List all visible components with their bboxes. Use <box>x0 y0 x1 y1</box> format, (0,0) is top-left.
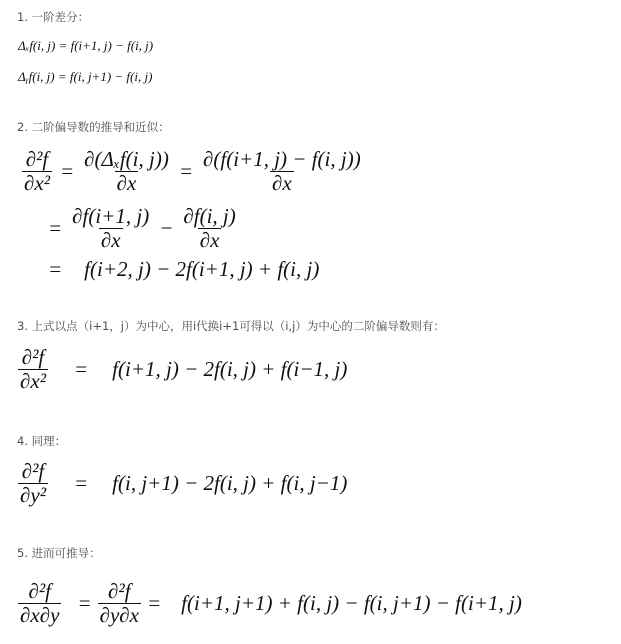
numerator: ∂²f <box>20 460 47 483</box>
first-difference-y-formula: Δᵧf(i, j) = f(i, j+1) − f(i, j) <box>18 69 152 85</box>
term-a-fraction: ∂f(i+1, j) ∂x <box>70 205 151 252</box>
lhs-fraction: ∂²f ∂y² <box>18 460 48 507</box>
mixed-partial-derivative-formula: ∂²f ∂x∂y = ∂²f ∂y∂x = f(i+1, j+1) + f(i,… <box>16 580 522 627</box>
section-2-heading: 2. 二阶偏导数的推导和近似： <box>17 119 170 135</box>
equals-sign: = <box>74 471 88 496</box>
section-4-heading: 4. 同理： <box>17 433 66 449</box>
lhs-fraction: ∂²f ∂x² <box>18 346 48 393</box>
denominator: ∂y∂x <box>98 603 141 627</box>
result-expression: f(i+2, j) − 2f(i+1, j) + f(i, j) <box>84 257 319 282</box>
denominator: ∂x² <box>22 171 52 195</box>
section-1-heading: 1. 一阶差分： <box>17 9 89 25</box>
denominator: ∂x <box>99 228 123 252</box>
numerator: ∂(Δₓf(i, j)) <box>82 148 171 171</box>
numerator: ∂²f <box>24 148 51 171</box>
first-difference-x-formula: Δₓf(i, j) = f(i+1, j) − f(i, j) <box>18 38 153 54</box>
numerator: ∂²f <box>106 580 133 603</box>
denominator: ∂y² <box>18 483 48 507</box>
denominator: ∂x <box>270 171 294 195</box>
equals-sign: = <box>60 159 74 184</box>
lhs-fraction: ∂²f ∂x∂y <box>18 580 61 627</box>
second-derivative-derivation-line-2: = ∂f(i+1, j) ∂x − ∂f(i, j) ∂x <box>42 205 240 252</box>
step1-fraction: ∂(Δₓf(i, j)) ∂x <box>82 148 171 195</box>
numerator: ∂f(i+1, j) <box>70 205 151 228</box>
equals-sign: = <box>147 591 161 616</box>
denominator: ∂x² <box>18 369 48 393</box>
equals-sign: = <box>179 159 193 184</box>
numerator: ∂(f(i+1, j) − f(i, j)) <box>201 148 363 171</box>
rhs-expression: f(i+1, j) − 2f(i, j) + f(i−1, j) <box>112 357 347 382</box>
second-derivative-derivation-line-1: ∂²f ∂x² = ∂(Δₓf(i, j)) ∂x = ∂(f(i+1, j) … <box>20 148 365 195</box>
term-b-fraction: ∂f(i, j) ∂x <box>181 205 237 252</box>
numerator: ∂²f <box>26 580 53 603</box>
step2-fraction: ∂(f(i+1, j) − f(i, j)) ∂x <box>201 148 363 195</box>
section-5-heading: 5. 进而可推导： <box>17 545 101 561</box>
equals-sign: = <box>77 591 91 616</box>
numerator: ∂f(i, j) <box>181 205 237 228</box>
rhs-expression: f(i+1, j+1) + f(i, j) − f(i, j+1) − f(i+… <box>181 591 522 616</box>
denominator: ∂x <box>198 228 222 252</box>
mid-fraction: ∂²f ∂y∂x <box>98 580 141 627</box>
section-3-heading: 3. 上式以点（i+1，j）为中心，用i代换i+1可得以（i,j）为中心的二阶偏… <box>17 318 445 334</box>
equals-sign: = <box>48 216 62 241</box>
second-derivative-derivation-line-3: = f(i+2, j) − 2f(i+1, j) + f(i, j) <box>42 257 319 282</box>
equals-sign: = <box>74 357 88 382</box>
minus-sign: − <box>159 216 173 241</box>
denominator: ∂x∂y <box>18 603 61 627</box>
numerator: ∂²f <box>20 346 47 369</box>
equals-sign: = <box>48 257 62 282</box>
second-derivative-y-formula: ∂²f ∂y² = f(i, j+1) − 2f(i, j) + f(i, j−… <box>16 460 347 507</box>
rhs-expression: f(i, j+1) − 2f(i, j) + f(i, j−1) <box>112 471 347 496</box>
lhs-fraction: ∂²f ∂x² <box>22 148 52 195</box>
second-derivative-x-formula: ∂²f ∂x² = f(i+1, j) − 2f(i, j) + f(i−1, … <box>16 346 347 393</box>
denominator: ∂x <box>115 171 139 195</box>
